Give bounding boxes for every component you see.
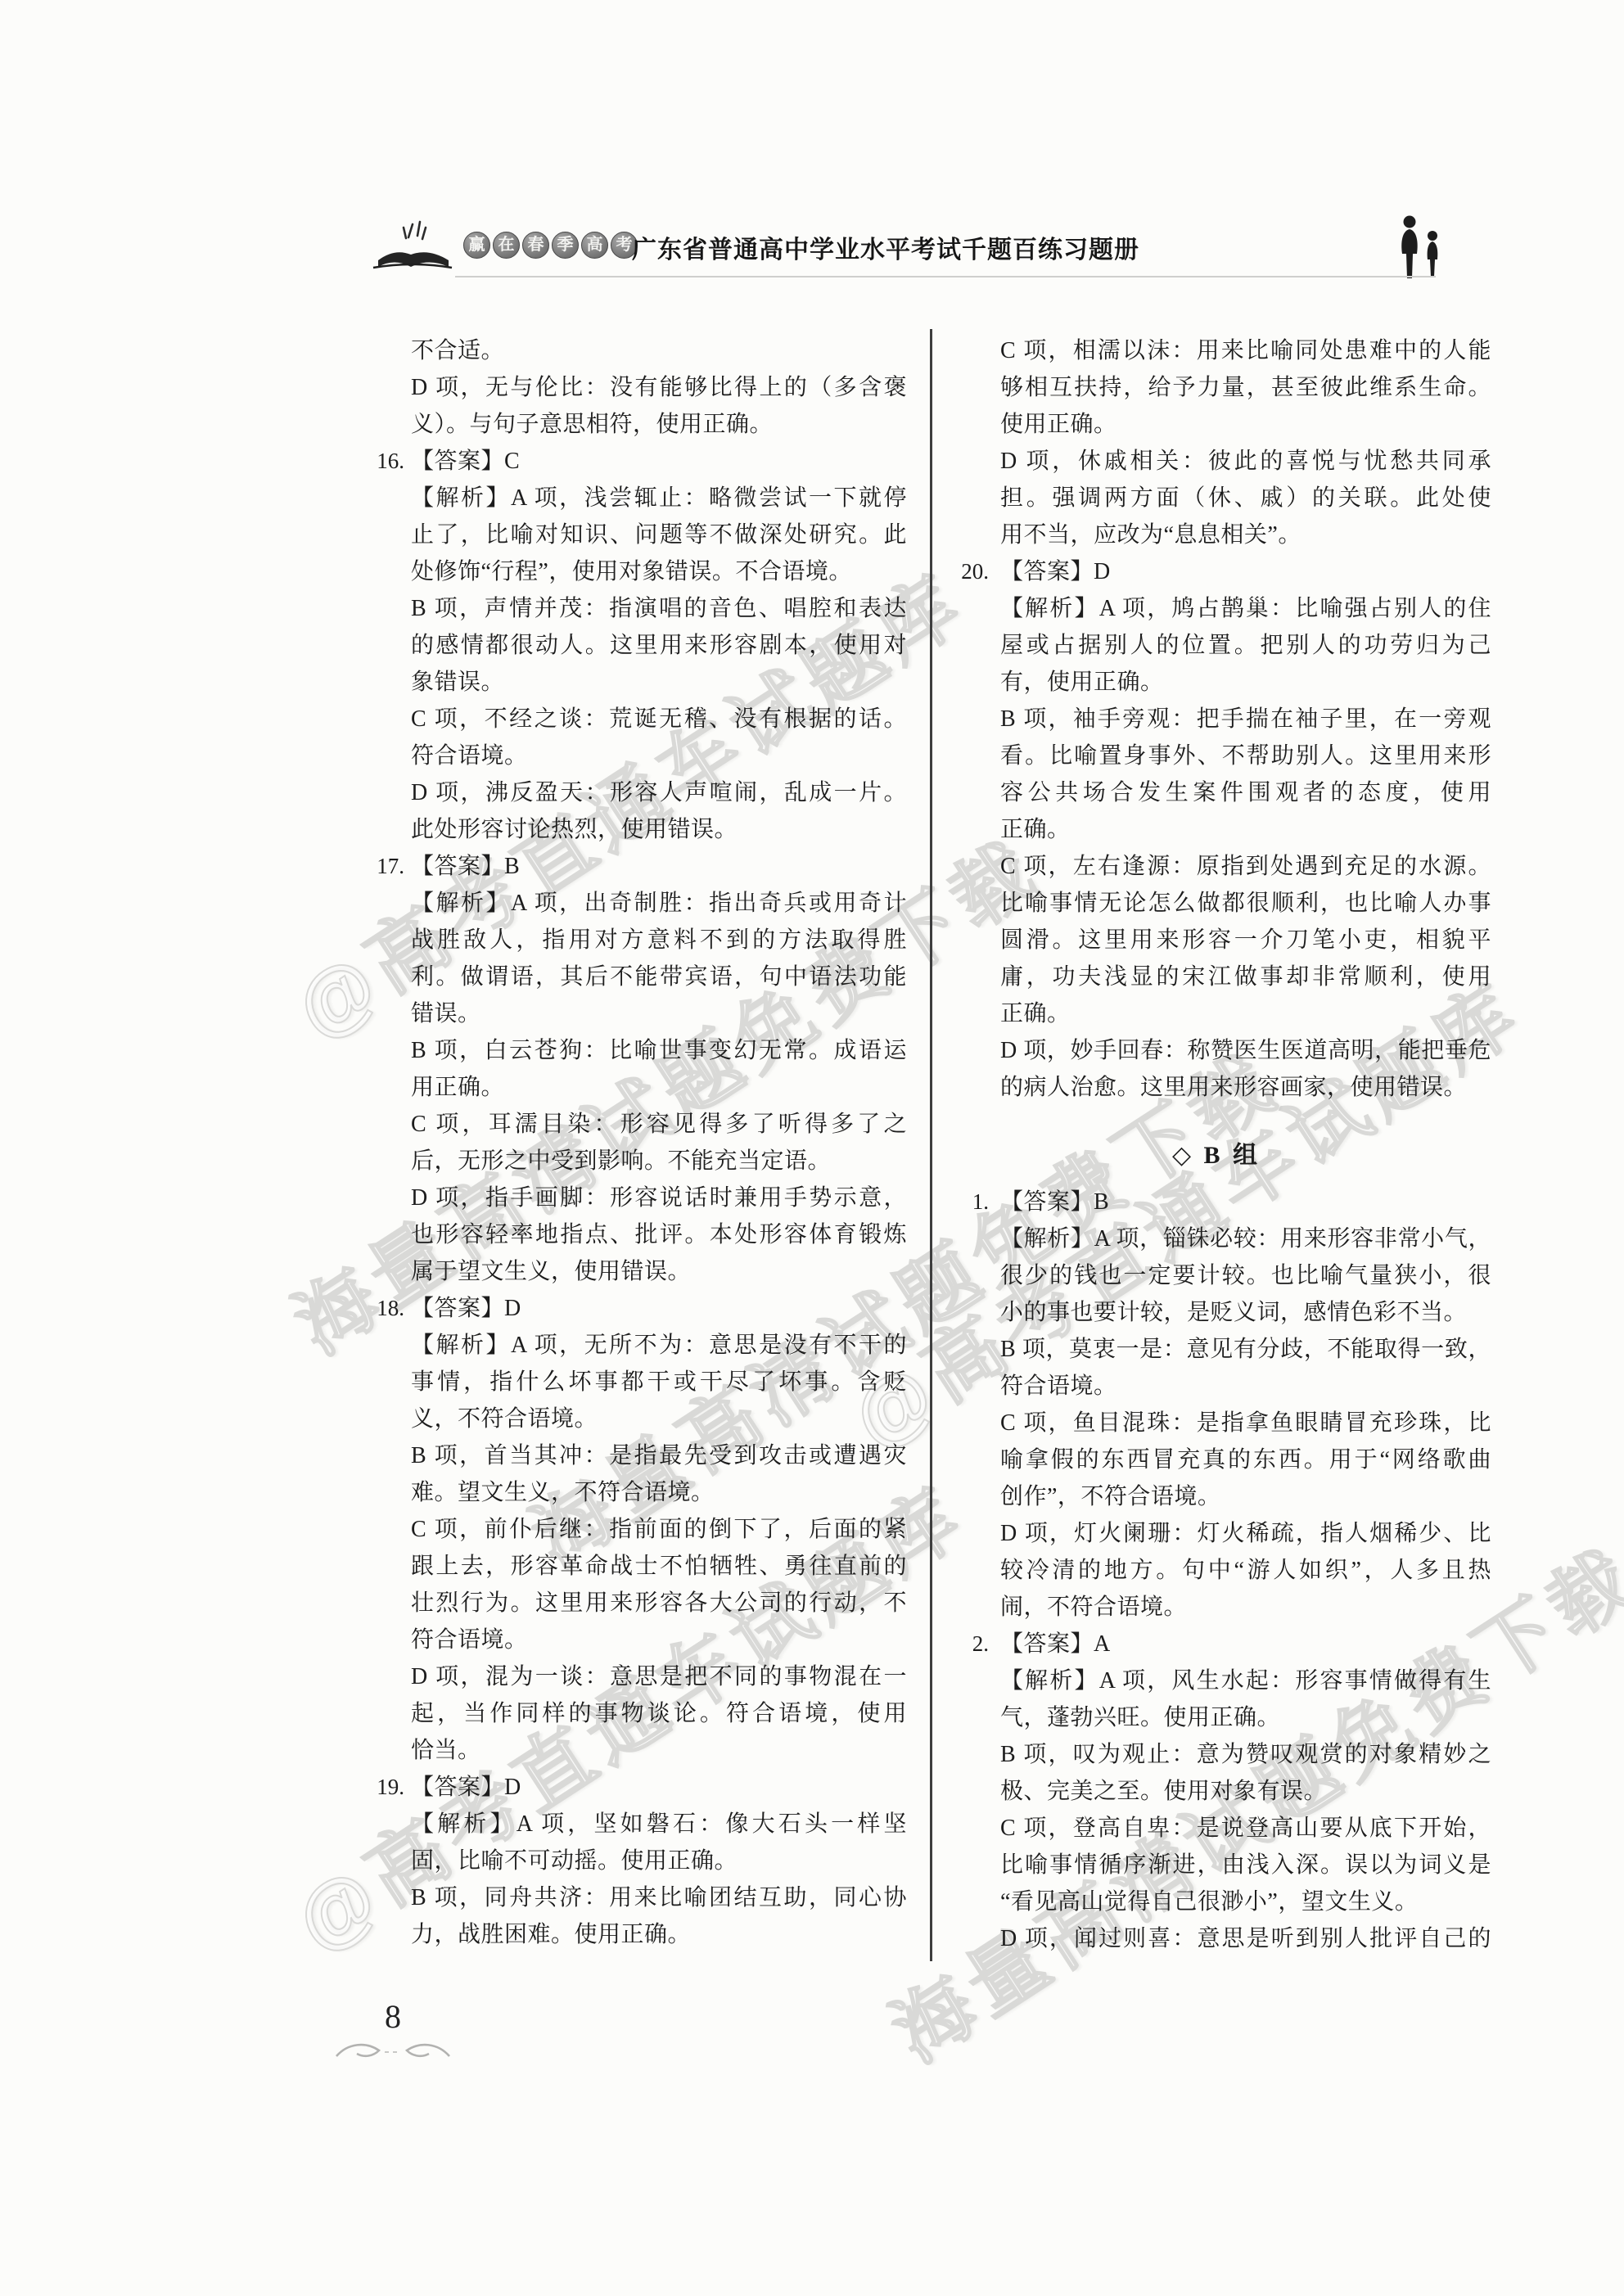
- body-line: 【解析】A 项，锱铢必较：用来形容非常小气，: [941, 1220, 1491, 1257]
- line-number: [360, 774, 411, 811]
- line-text: 创作”，不符合语境。: [1000, 1478, 1491, 1515]
- body-line: 符合语境。: [360, 738, 907, 774]
- line-text: 【解析】A 项，鸠占鹊巢：比喻强占别人的住: [1000, 590, 1491, 627]
- line-number: [941, 1662, 1000, 1699]
- line-text: 【解析】A 项，无所不为：意思是没有不干的: [411, 1327, 907, 1364]
- line-text: 有，使用正确。: [1000, 664, 1491, 701]
- line-text: 闹，不符合语境。: [1000, 1589, 1491, 1626]
- line-text: B 项，白云苍狗：比喻世事变幻无常。成语运: [411, 1032, 907, 1069]
- line-text: 屋或占据别人的位置。把别人的功劳归为己: [1000, 627, 1491, 664]
- line-text: 起，当作同样的事物谈论。符合语境，使用: [411, 1695, 907, 1732]
- line-text: 跟上去，形容革命战士不怕牺牲、勇往直前的: [411, 1548, 907, 1585]
- line-number: [360, 1843, 411, 1879]
- line-number: [360, 664, 411, 701]
- header-divider-rule: [455, 276, 1436, 277]
- line-text: 【答案】C: [411, 443, 907, 480]
- line-number: 20.: [941, 553, 1000, 590]
- body-line: 壮烈行为。这里用来形容各大公司的行动，不: [360, 1585, 907, 1622]
- body-line: 极、完美之至。使用对象有误。: [941, 1773, 1491, 1810]
- line-text: 恰当。: [411, 1732, 907, 1769]
- body-line: 力，战胜困难。使用正确。: [360, 1916, 907, 1953]
- line-number: [360, 1327, 411, 1364]
- line-text: 【答案】D: [411, 1769, 907, 1806]
- body-line: D 项，妙手回春：称赞医生医道高明，能把垂危: [941, 1032, 1491, 1069]
- line-number: [360, 1732, 411, 1769]
- line-text: 很少的钱也一定要计较。也比喻气量狭小，很: [1000, 1257, 1491, 1294]
- line-number: [941, 848, 1000, 885]
- body-line: 使用正确。: [941, 406, 1491, 443]
- body-line: 比喻事情无论怎么做都很顺利，也比喻人办事: [941, 885, 1491, 922]
- body-line: 圆滑。这里用来形容一介刀笔小吏，相貌平: [941, 922, 1491, 959]
- line-number: [941, 959, 1000, 995]
- body-line: 看。比喻置身事外、不帮助别人。这里用来形: [941, 738, 1491, 774]
- line-number: [941, 1589, 1000, 1626]
- body-line: 喻拿假的东西冒充真的东西。用于“网络歌曲: [941, 1441, 1491, 1478]
- line-text: 气，蓬勃兴旺。使用正确。: [1000, 1699, 1491, 1736]
- line-number: [941, 1405, 1000, 1441]
- logo-badge: 在: [493, 232, 520, 259]
- line-number: [941, 1220, 1000, 1257]
- line-text: 符合语境。: [411, 738, 907, 774]
- line-text: C 项，前仆后继：指前面的倒下了，后面的紧: [411, 1511, 907, 1548]
- line-number: [360, 1622, 411, 1658]
- line-text: 错误。: [411, 995, 907, 1032]
- line-text: 用正确。: [411, 1069, 907, 1106]
- line-number: [941, 1847, 1000, 1883]
- body-line: “看见高山觉得自己很渺小”，望文生义。: [941, 1883, 1491, 1920]
- body-line: 此处形容讨论热烈，使用错误。: [360, 811, 907, 848]
- line-number: [941, 406, 1000, 443]
- line-number: [941, 1294, 1000, 1331]
- line-number: [941, 1699, 1000, 1736]
- body-line: 义）。与句子意思相符，使用正确。: [360, 406, 907, 443]
- body-line: C 项，相濡以沫：用来比喻同处患难中的人能: [941, 332, 1491, 369]
- body-line: 的感情都很动人。这里用来形容剧本，使用对: [360, 627, 907, 664]
- line-text: 【解析】A 项，浅尝辄止：略微尝试一下就停: [411, 480, 907, 516]
- logo-badge: 赢: [463, 232, 490, 259]
- answer-line: 17.【答案】B: [360, 848, 907, 885]
- line-number: [941, 516, 1000, 553]
- line-text: 利。做谓语，其后不能带宾语，句中语法功能: [411, 959, 907, 995]
- body-line: C 项，登高自卑：是说登高山要从底下开始，: [941, 1810, 1491, 1847]
- line-text: 够相互扶持，给予力量，甚至彼此维系生命。: [1000, 369, 1491, 406]
- line-text: 较冷清的地方。句中“游人如织”，人多且热: [1000, 1552, 1491, 1589]
- body-line: B 项，首当其冲：是指最先受到攻击或遭遇灾: [360, 1437, 907, 1474]
- answer-line: 2.【答案】A: [941, 1626, 1491, 1662]
- left-column: 不合适。D 项，无与伦比：没有能够比得上的（多含褒义）。与句子意思相符，使用正确…: [360, 332, 907, 1953]
- line-text: 比喻事情循序渐进，由浅入深。误以为词义是: [1000, 1847, 1491, 1883]
- body-line: C 项，左右逢源：原指到处遇到充足的水源。: [941, 848, 1491, 885]
- line-text: 处修饰“行程”，使用对象错误。不合语境。: [411, 553, 907, 590]
- body-line: 【解析】A 项，风生水起：形容事情做得有生: [941, 1662, 1491, 1699]
- line-text: C 项，相濡以沫：用来比喻同处患难中的人能: [1000, 332, 1491, 369]
- line-number: [941, 1920, 1000, 1957]
- line-number: [941, 995, 1000, 1032]
- line-number: [941, 701, 1000, 738]
- line-text: 使用正确。: [1000, 406, 1491, 443]
- body-line: 事情，指什么坏事都干或干尽了坏事。含贬: [360, 1364, 907, 1401]
- body-line: 闹，不符合语境。: [941, 1589, 1491, 1626]
- line-text: 此处形容讨论热烈，使用错误。: [411, 811, 907, 848]
- line-text: 壮烈行为。这里用来形容各大公司的行动，不: [411, 1585, 907, 1622]
- line-text: 的感情都很动人。这里用来形容剧本，使用对: [411, 627, 907, 664]
- line-text: D 项，闻过则喜：意思是听到别人批评自己的: [1000, 1920, 1491, 1957]
- body-line: C 项，前仆后继：指前面的倒下了，后面的紧: [360, 1511, 907, 1548]
- line-number: [941, 664, 1000, 701]
- line-text: C 项，不经之谈：荒诞无稽、没有根据的话。: [411, 701, 907, 738]
- line-number: [360, 1585, 411, 1622]
- body-line: 有，使用正确。: [941, 664, 1491, 701]
- line-text: 小的事也要计较，是贬义词，感情色彩不当。: [1000, 1294, 1491, 1331]
- body-line: 义，不符合语境。: [360, 1401, 907, 1437]
- open-book-icon: [370, 216, 455, 277]
- line-text: 后，无形之中受到影响。不能充当定语。: [411, 1143, 907, 1180]
- doc-title: 广东省普通高中学业水平考试千题百练习题册: [632, 229, 1139, 265]
- line-number: [360, 516, 411, 553]
- line-text: C 项，登高自卑：是说登高山要从底下开始，: [1000, 1810, 1491, 1847]
- line-text: 圆滑。这里用来形容一介刀笔小吏，相貌平: [1000, 922, 1491, 959]
- line-number: [941, 1441, 1000, 1478]
- line-number: 16.: [360, 443, 411, 480]
- line-number: [360, 1069, 411, 1106]
- line-text: 【解析】A 项，出奇制胜：指出奇兵或用奇计: [411, 885, 907, 922]
- body-line: 【解析】A 项，浅尝辄止：略微尝试一下就停: [360, 480, 907, 516]
- line-text: 【答案】B: [411, 848, 907, 885]
- line-number: [941, 1515, 1000, 1552]
- body-line: 止了，比喻对知识、问题等不做深处研究。此: [360, 516, 907, 553]
- line-number: 18.: [360, 1290, 411, 1327]
- line-text: 【答案】D: [1000, 553, 1491, 590]
- line-text: C 项，鱼目混珠：是指拿鱼眼睛冒充珍珠，比: [1000, 1405, 1491, 1441]
- body-line: 后，无形之中受到影响。不能充当定语。: [360, 1143, 907, 1180]
- body-line: D 项，混为一谈：意思是把不同的事物混在一: [360, 1658, 907, 1695]
- line-number: 1.: [941, 1184, 1000, 1220]
- body-line: 象错误。: [360, 664, 907, 701]
- line-number: [360, 1695, 411, 1732]
- line-number: [360, 369, 411, 406]
- line-text: 符合语境。: [1000, 1368, 1491, 1405]
- line-number: [360, 995, 411, 1032]
- body-line: 小的事也要计较，是贬义词，感情色彩不当。: [941, 1294, 1491, 1331]
- answer-line: 1.【答案】B: [941, 1184, 1491, 1220]
- answer-line: 20.【答案】D: [941, 553, 1491, 590]
- line-number: [360, 1180, 411, 1216]
- line-number: [360, 1879, 411, 1916]
- body-line: 用正确。: [360, 1069, 907, 1106]
- body-line: 符合语境。: [360, 1622, 907, 1658]
- line-text: 战胜敌人，指用对方意料不到的方法取得胜: [411, 922, 907, 959]
- section-b-header: ◇ B 组: [941, 1137, 1491, 1174]
- body-line: B 项，白云苍狗：比喻世事变幻无常。成语运: [360, 1032, 907, 1069]
- line-number: [360, 701, 411, 738]
- line-number: [360, 1364, 411, 1401]
- page-number: 8: [360, 1997, 426, 2036]
- body-line: D 项，无与伦比：没有能够比得上的（多含褒: [360, 369, 907, 406]
- right-column: C 项，相濡以沫：用来比喻同处患难中的人能够相互扶持，给予力量，甚至彼此维系生命…: [941, 332, 1491, 1957]
- body-line: 的病人治愈。这里用来形容画家，使用错误。: [941, 1069, 1491, 1106]
- body-line: 【解析】A 项，鸠占鹊巢：比喻强占别人的住: [941, 590, 1491, 627]
- body-line: 战胜敌人，指用对方意料不到的方法取得胜: [360, 922, 907, 959]
- line-text: 的病人治愈。这里用来形容画家，使用错误。: [1000, 1069, 1491, 1106]
- line-text: 【解析】A 项，坚如磐石：像大石头一样坚: [411, 1806, 907, 1843]
- line-number: [360, 1548, 411, 1585]
- line-text: 止了，比喻对知识、问题等不做深处研究。此: [411, 516, 907, 553]
- line-number: [360, 1253, 411, 1290]
- logo-badge: 高: [581, 232, 608, 259]
- line-text: D 项，指手画脚：形容说话时兼用手势示意，: [411, 1180, 907, 1216]
- line-number: 19.: [360, 1769, 411, 1806]
- line-number: [941, 1478, 1000, 1515]
- line-number: [941, 590, 1000, 627]
- body-line: 跟上去，形容革命战士不怕牺牲、勇往直前的: [360, 1548, 907, 1585]
- line-number: [360, 738, 411, 774]
- line-number: [360, 811, 411, 848]
- line-text: 庸，功夫浅显的宋江做事却非常顺利，使用: [1000, 959, 1491, 995]
- body-line: 庸，功夫浅显的宋江做事却非常顺利，使用: [941, 959, 1491, 995]
- line-number: [941, 1736, 1000, 1773]
- line-number: [941, 811, 1000, 848]
- line-number: [360, 1032, 411, 1069]
- body-line: 较冷清的地方。句中“游人如织”，人多且热: [941, 1552, 1491, 1589]
- line-text: 容公共场合发生案件围观者的态度，使用: [1000, 774, 1491, 811]
- line-text: 【答案】B: [1000, 1184, 1491, 1220]
- line-text: 喻拿假的东西冒充真的东西。用于“网络歌曲: [1000, 1441, 1491, 1478]
- scanned-workbook-page: 赢在春季高考 广东省普通高中学业水平考试千题百练习题册 @高考直通车试题库海量高…: [0, 0, 1624, 2296]
- body-line: 创作”，不符合语境。: [941, 1478, 1491, 1515]
- body-line: 【解析】A 项，无所不为：意思是没有不干的: [360, 1327, 907, 1364]
- body-line: D 项，休戚相关：彼此的喜悦与忧愁共同承: [941, 443, 1491, 480]
- line-number: [941, 1032, 1000, 1069]
- line-text: 不合适。: [411, 332, 907, 369]
- line-number: 17.: [360, 848, 411, 885]
- body-line: 处修饰“行程”，使用对象错误。不合语境。: [360, 553, 907, 590]
- line-number: [941, 885, 1000, 922]
- line-number: [360, 922, 411, 959]
- line-text: D 项，休戚相关：彼此的喜悦与忧愁共同承: [1000, 443, 1491, 480]
- line-number: [360, 1143, 411, 1180]
- line-text: 正确。: [1000, 995, 1491, 1032]
- line-number: [941, 369, 1000, 406]
- line-number: [360, 406, 411, 443]
- body-line: 也形容轻率地指点、批评。本处形容体育锻炼: [360, 1216, 907, 1253]
- body-line: D 项，闻过则喜：意思是听到别人批评自己的: [941, 1920, 1491, 1957]
- body-line: 难。望文生义，不符合语境。: [360, 1474, 907, 1511]
- line-number: [941, 1368, 1000, 1405]
- line-number: [360, 885, 411, 922]
- line-number: [941, 774, 1000, 811]
- line-number: [941, 1810, 1000, 1847]
- line-text: 固，比喻不可动摇。使用正确。: [411, 1843, 907, 1879]
- line-number: [941, 1331, 1000, 1368]
- line-number: [360, 590, 411, 627]
- logo-badge: 季: [552, 232, 579, 259]
- line-text: B 项，声情并茂：指演唱的音色、唱腔和表达: [411, 590, 907, 627]
- body-line: 属于望文生义，使用错误。: [360, 1253, 907, 1290]
- line-number: [360, 1916, 411, 1953]
- line-number: [360, 959, 411, 995]
- line-text: 【答案】A: [1000, 1626, 1491, 1662]
- body-line: 【解析】A 项，出奇制胜：指出奇兵或用奇计: [360, 885, 907, 922]
- line-text: “看见高山觉得自己很渺小”，望文生义。: [1000, 1883, 1491, 1920]
- line-number: [360, 332, 411, 369]
- body-line: B 项，袖手旁观：把手揣在袖子里，在一旁观: [941, 701, 1491, 738]
- answer-line: 19.【答案】D: [360, 1769, 907, 1806]
- line-text: 【答案】D: [411, 1290, 907, 1327]
- answer-line: 18.【答案】D: [360, 1290, 907, 1327]
- line-text: 也形容轻率地指点、批评。本处形容体育锻炼: [411, 1216, 907, 1253]
- line-text: B 项，莫衷一是：意见有分歧，不能取得一致，: [1000, 1331, 1491, 1368]
- line-text: D 项，混为一谈：意思是把不同的事物混在一: [411, 1658, 907, 1695]
- line-text: 【解析】A 项，风生水起：形容事情做得有生: [1000, 1662, 1491, 1699]
- body-line: B 项，叹为观止：意为赞叹观赏的对象精妙之: [941, 1736, 1491, 1773]
- line-text: 看。比喻置身事外、不帮助别人。这里用来形: [1000, 738, 1491, 774]
- body-line: C 项，鱼目混珠：是指拿鱼眼睛冒充珍珠，比: [941, 1405, 1491, 1441]
- leaf-flourish-icon: [330, 2035, 456, 2066]
- line-text: 义，不符合语境。: [411, 1401, 907, 1437]
- column-divider: [930, 329, 932, 1961]
- body-line: 容公共场合发生案件围观者的态度，使用: [941, 774, 1491, 811]
- line-number: [360, 1401, 411, 1437]
- line-text: D 项，灯火阑珊：灯火稀疏，指人烟稀少、比: [1000, 1515, 1491, 1552]
- line-number: [941, 1552, 1000, 1589]
- line-number: [941, 480, 1000, 516]
- line-number: [360, 553, 411, 590]
- body-line: 比喻事情循序渐进，由浅入深。误以为词义是: [941, 1847, 1491, 1883]
- body-line: 【解析】A 项，坚如磐石：像大石头一样坚: [360, 1806, 907, 1843]
- line-number: [941, 1069, 1000, 1106]
- line-text: 担。强调两方面（休、戚）的关联。此处使: [1000, 480, 1491, 516]
- line-text: 符合语境。: [411, 1622, 907, 1658]
- line-text: 用不当，应改为“息息相关”。: [1000, 516, 1491, 553]
- answer-line: 16.【答案】C: [360, 443, 907, 480]
- line-text: C 项，耳濡目染：形容见得多了听得多了之: [411, 1106, 907, 1143]
- line-number: [360, 1806, 411, 1843]
- body-line: 利。做谓语，其后不能带宾语，句中语法功能: [360, 959, 907, 995]
- line-number: [360, 1216, 411, 1253]
- line-number: [941, 922, 1000, 959]
- logo-badge: 春: [522, 232, 549, 259]
- line-number: [360, 627, 411, 664]
- line-text: D 项，妙手回春：称赞医生医道高明，能把垂危: [1000, 1032, 1491, 1069]
- line-text: 难。望文生义，不符合语境。: [411, 1474, 907, 1511]
- body-line: D 项，灯火阑珊：灯火稀疏，指人烟稀少、比: [941, 1515, 1491, 1552]
- line-number: [941, 1773, 1000, 1810]
- line-text: 事情，指什么坏事都干或干尽了坏事。含贬: [411, 1364, 907, 1401]
- line-number: [941, 627, 1000, 664]
- line-number: [360, 1511, 411, 1548]
- line-number: [360, 1106, 411, 1143]
- line-text: B 项，同舟共济：用来比喻团结互助，同心协: [411, 1879, 907, 1916]
- body-line: D 项，沸反盈天：形容人声喧闹，乱成一片。: [360, 774, 907, 811]
- line-text: 力，战胜困难。使用正确。: [411, 1916, 907, 1953]
- body-line: 恰当。: [360, 1732, 907, 1769]
- body-line: 正确。: [941, 811, 1491, 848]
- body-line: B 项，莫衷一是：意见有分歧，不能取得一致，: [941, 1331, 1491, 1368]
- line-number: [941, 738, 1000, 774]
- line-number: [360, 1437, 411, 1474]
- line-text: B 项，袖手旁观：把手揣在袖子里，在一旁观: [1000, 701, 1491, 738]
- body-line: 担。强调两方面（休、戚）的关联。此处使: [941, 480, 1491, 516]
- line-number: [941, 443, 1000, 480]
- line-text: B 项，首当其冲：是指最先受到攻击或遭遇灾: [411, 1437, 907, 1474]
- body-line: C 项，不经之谈：荒诞无稽、没有根据的话。: [360, 701, 907, 738]
- line-text: 【解析】A 项，锱铢必较：用来形容非常小气，: [1000, 1220, 1491, 1257]
- students-icon: [1385, 213, 1450, 282]
- body-line: 够相互扶持，给予力量，甚至彼此维系生命。: [941, 369, 1491, 406]
- line-number: [360, 480, 411, 516]
- line-text: B 项，叹为观止：意为赞叹观赏的对象精妙之: [1000, 1736, 1491, 1773]
- line-number: [941, 1883, 1000, 1920]
- body-line: 不合适。: [360, 332, 907, 369]
- line-text: 象错误。: [411, 664, 907, 701]
- logo-badges: 赢在春季高考: [463, 232, 638, 259]
- line-number: [941, 1257, 1000, 1294]
- line-text: 极、完美之至。使用对象有误。: [1000, 1773, 1491, 1810]
- body-line: 固，比喻不可动摇。使用正确。: [360, 1843, 907, 1879]
- line-text: 义）。与句子意思相符，使用正确。: [411, 406, 907, 443]
- body-line: 错误。: [360, 995, 907, 1032]
- body-line: 起，当作同样的事物谈论。符合语境，使用: [360, 1695, 907, 1732]
- line-number: [360, 1658, 411, 1695]
- body-line: 气，蓬勃兴旺。使用正确。: [941, 1699, 1491, 1736]
- body-line: D 项，指手画脚：形容说话时兼用手势示意，: [360, 1180, 907, 1216]
- line-number: 2.: [941, 1626, 1000, 1662]
- body-line: B 项，同舟共济：用来比喻团结互助，同心协: [360, 1879, 907, 1916]
- body-line: 屋或占据别人的位置。把别人的功劳归为己: [941, 627, 1491, 664]
- line-text: D 项，无与伦比：没有能够比得上的（多含褒: [411, 369, 907, 406]
- body-line: 正确。: [941, 995, 1491, 1032]
- body-line: 用不当，应改为“息息相关”。: [941, 516, 1491, 553]
- line-number: [360, 1474, 411, 1511]
- line-text: D 项，沸反盈天：形容人声喧闹，乱成一片。: [411, 774, 907, 811]
- body-line: B 项，声情并茂：指演唱的音色、唱腔和表达: [360, 590, 907, 627]
- line-text: C 项，左右逢源：原指到处遇到充足的水源。: [1000, 848, 1491, 885]
- body-line: 很少的钱也一定要计较。也比喻气量狭小，很: [941, 1257, 1491, 1294]
- line-text: 属于望文生义，使用错误。: [411, 1253, 907, 1290]
- body-line: 符合语境。: [941, 1368, 1491, 1405]
- body-line: C 项，耳濡目染：形容见得多了听得多了之: [360, 1106, 907, 1143]
- line-text: 正确。: [1000, 811, 1491, 848]
- line-number: [941, 332, 1000, 369]
- line-text: 比喻事情无论怎么做都很顺利，也比喻人办事: [1000, 885, 1491, 922]
